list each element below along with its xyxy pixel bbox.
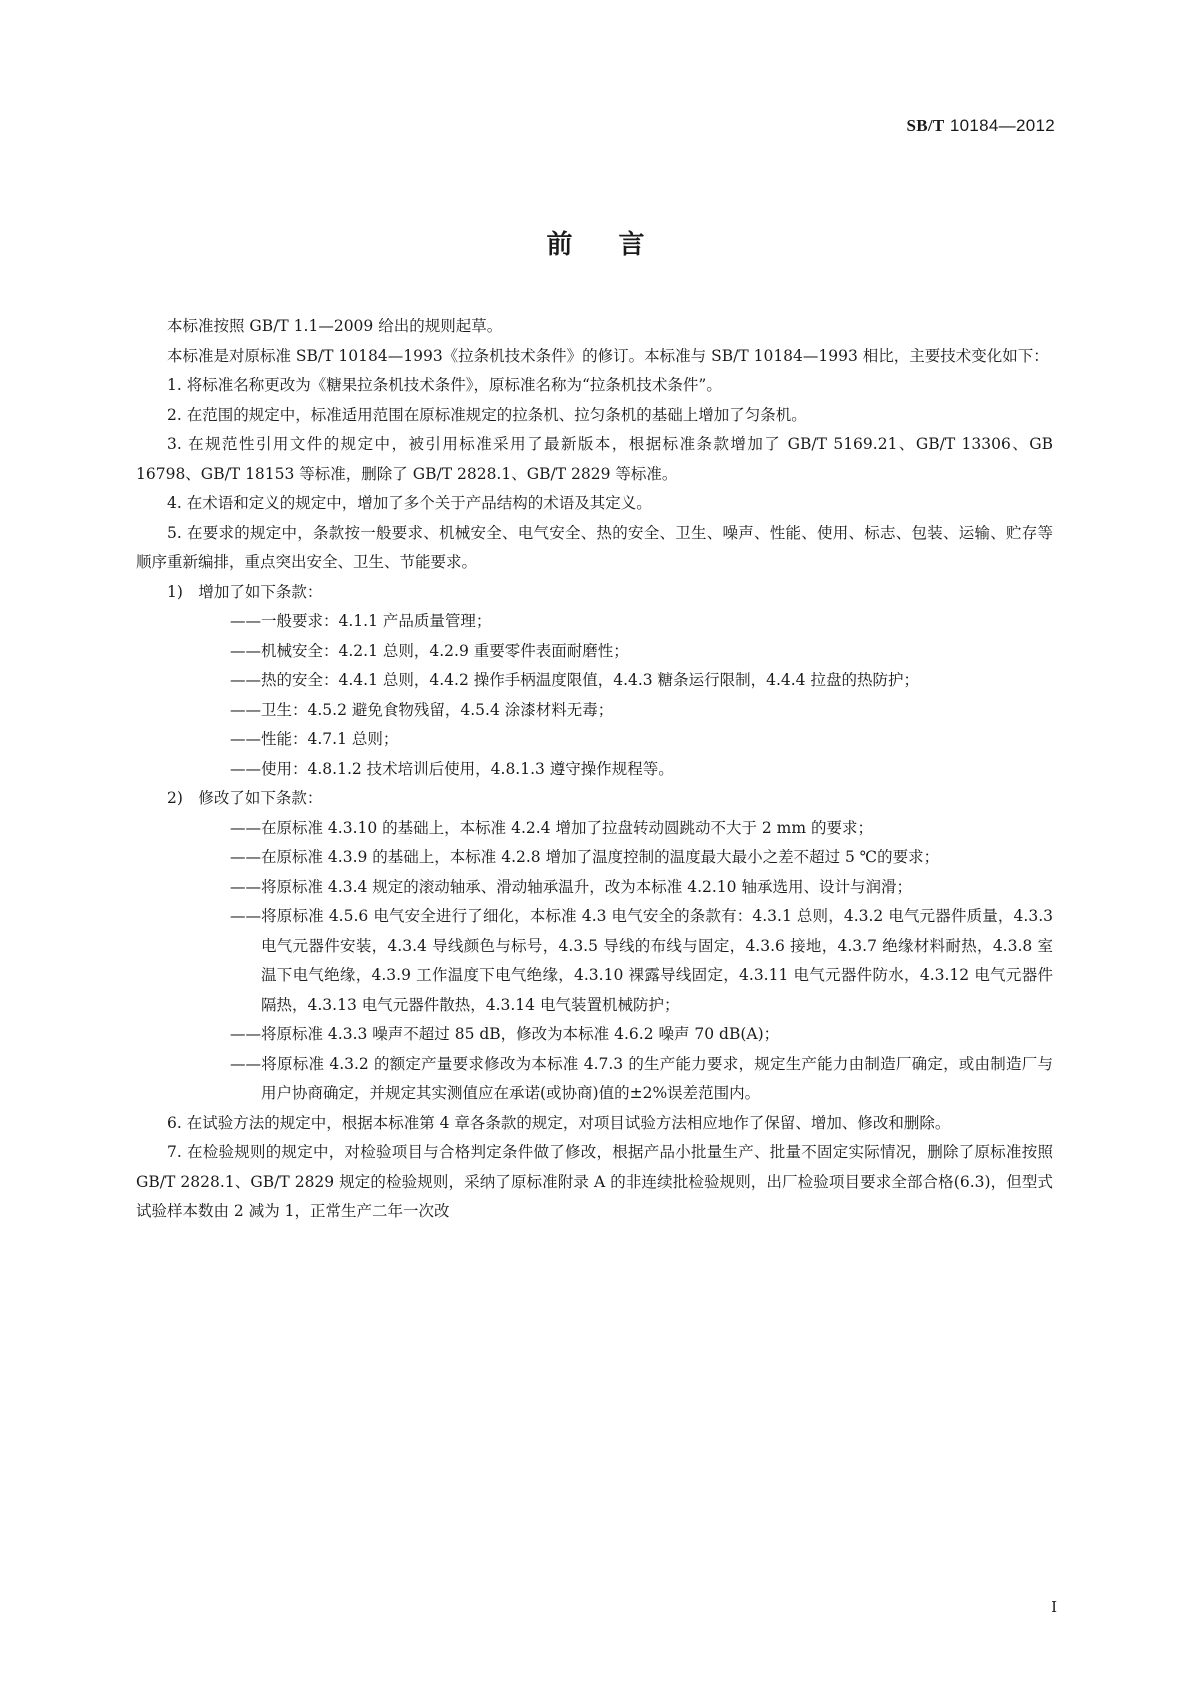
change-item-5: 5. 在要求的规定中，条款按一般要求、机械安全、电气安全、热的安全、卫生、噪声、… [136, 519, 1053, 578]
modified-clause-item: ——在原标准 4.3.9 的基础上，本标准 4.2.8 增加了温度控制的温度最大… [167, 843, 1053, 873]
modified-clause-item: ——将原标准 4.3.4 规定的滚动轴承、滑动轴承温升，改为本标准 4.2.10… [167, 873, 1053, 903]
change-item-4: 4. 在术语和定义的规定中，增加了多个关于产品结构的术语及其定义。 [136, 489, 1053, 519]
sub-list-modified-label: 2) 修改了如下条款： [136, 784, 1053, 814]
sub-list-added-label: 1) 增加了如下条款： [136, 578, 1053, 608]
change-item-2: 2. 在范围的规定中，标准适用范围在原标准规定的拉条机、拉匀条机的基础上增加了匀… [136, 401, 1053, 431]
added-clause-item: ——性能：4.7.1 总则； [167, 725, 1053, 755]
document-body: 本标准按照 GB/T 1.1—2009 给出的规则起草。 本标准是对原标准 SB… [136, 312, 1053, 1227]
change-item-1: 1. 将标准名称更改为《糖果拉条机技术条件》，原标准名称为“拉条机技术条件”。 [136, 371, 1053, 401]
added-clause-item: ——机械安全：4.2.1 总则，4.2.9 重要零件表面耐磨性； [167, 637, 1053, 667]
modified-clause-item: ——将原标准 4.5.6 电气安全进行了细化，本标准 4.3 电气安全的条款有：… [167, 902, 1053, 1020]
added-clause-item: ——使用：4.8.1.2 技术培训后使用，4.8.1.3 遵守操作规程等。 [167, 755, 1053, 785]
standard-code-prefix: SB/T [906, 116, 944, 135]
modified-clause-item: ——将原标准 4.3.2 的额定产量要求修改为本标准 4.7.3 的生产能力要求… [167, 1050, 1053, 1109]
added-clause-item: ——热的安全：4.4.1 总则，4.4.2 操作手柄温度限值，4.4.3 糖条运… [167, 666, 1053, 696]
standard-code: SB/T 10184—2012 [906, 116, 1055, 136]
change-item-7: 7. 在检验规则的规定中，对检验项目与合格判定条件做了修改，根据产品小批量生产、… [136, 1138, 1053, 1227]
paragraph-drafting-rule: 本标准按照 GB/T 1.1—2009 给出的规则起草。 [136, 312, 1053, 342]
added-clause-item: ——一般要求：4.1.1 产品质量管理； [167, 607, 1053, 637]
modified-clause-item: ——在原标准 4.3.10 的基础上，本标准 4.2.4 增加了拉盘转动圆跳动不… [167, 814, 1053, 844]
page-title: 前言 [0, 224, 1191, 261]
modified-clause-item: ——将原标准 4.3.3 噪声不超过 85 dB，修改为本标准 4.6.2 噪声… [167, 1020, 1053, 1050]
change-item-6: 6. 在试验方法的规定中，根据本标准第 4 章各条款的规定，对项目试验方法相应地… [136, 1109, 1053, 1139]
standard-code-number: 10184—2012 [950, 116, 1055, 135]
page-number: I [1051, 1598, 1057, 1616]
change-item-3: 3. 在规范性引用文件的规定中，被引用标准采用了最新版本，根据标准条款增加了 G… [136, 430, 1053, 489]
added-clause-item: ——卫生：4.5.2 避免食物残留，4.5.4 涂漆材料无毒； [167, 696, 1053, 726]
paragraph-revision-intro: 本标准是对原标准 SB/T 10184—1993《拉条机技术条件》的修订。本标准… [136, 342, 1053, 372]
